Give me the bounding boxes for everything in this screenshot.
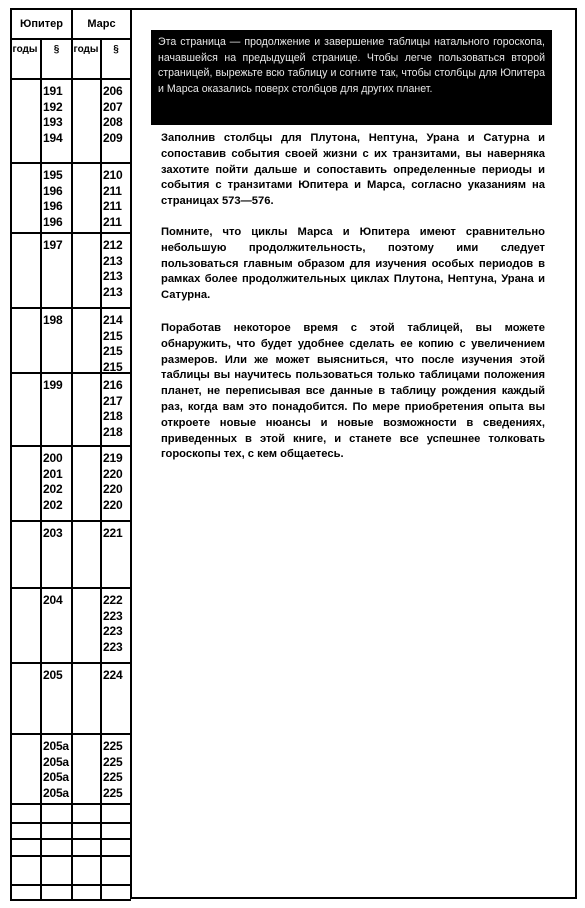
- mars-section-cell: 206 207 208 209: [103, 84, 130, 146]
- table-row-group: 200 201 202 202219 220 220 220: [10, 445, 131, 520]
- table-row-group: [10, 822, 131, 838]
- jupiter-section-cell: 205a 205a 205a 205a: [43, 739, 71, 801]
- book-page: Юпитер Марс годы § годы § 191 192 193 19…: [0, 0, 585, 908]
- mars-section-cell: 212 213 213 213: [103, 238, 130, 300]
- table-row-group: [10, 838, 131, 855]
- mars-section-cell: 222 223 223 223: [103, 593, 130, 655]
- table-row-group: 191 192 193 194206 207 208 209: [10, 78, 131, 162]
- paragraph-cycles: Помните, что циклы Марса и Юпитера имеют…: [161, 225, 545, 304]
- mars-section-cell: 225 225 225 225: [103, 739, 130, 801]
- instructions-panel: Эта страница — продолжение и завершение …: [131, 8, 577, 899]
- table-row-group: 204222 223 223 223: [10, 587, 131, 662]
- subheader-mars-years: годы: [72, 44, 100, 55]
- table-row-group: [10, 884, 131, 899]
- table-hline: [10, 899, 131, 901]
- mars-section-cell: 216 217 218 218: [103, 378, 130, 440]
- subheader-jupiter-years: годы: [10, 44, 40, 55]
- table-hline: [10, 38, 131, 40]
- mars-section-cell: 224: [103, 668, 130, 684]
- jupiter-section-cell: 195 196 196 196: [43, 168, 71, 230]
- paragraph-experience: Поработав некоторое время с этой таблице…: [161, 321, 545, 463]
- table-row-group: [10, 803, 131, 822]
- subheader-jupiter-section: §: [42, 44, 71, 55]
- jupiter-section-cell: 200 201 202 202: [43, 451, 71, 513]
- table-row-group: 205224: [10, 662, 131, 733]
- highlight-note: Эта страница — продолжение и завершение …: [151, 30, 552, 125]
- paragraph-fill-columns: Заполнив столбцы для Плутона, Нептуна, У…: [161, 131, 545, 210]
- table-row-group: [10, 855, 131, 884]
- mars-section-cell: 210 211 211 211: [103, 168, 130, 230]
- table-row-group: 203221: [10, 520, 131, 587]
- planet-transit-table: Юпитер Марс годы § годы § 191 192 193 19…: [10, 8, 131, 899]
- header-mars: Марс: [73, 10, 130, 38]
- table-row-group: 198214 215 215 215: [10, 307, 131, 372]
- table-row-group: 197212 213 213 213: [10, 232, 131, 307]
- subheader-mars-section: §: [102, 44, 130, 55]
- jupiter-section-cell: 197: [43, 238, 71, 254]
- mars-section-cell: 214 215 215 215: [103, 313, 130, 375]
- header-jupiter: Юпитер: [12, 10, 71, 38]
- jupiter-section-cell: 191 192 193 194: [43, 84, 71, 146]
- mars-section-cell: 219 220 220 220: [103, 451, 130, 513]
- table-row-group: 199216 217 218 218: [10, 372, 131, 445]
- table-row-group: 205a 205a 205a 205a225 225 225 225: [10, 733, 131, 803]
- jupiter-section-cell: 199: [43, 378, 71, 394]
- jupiter-section-cell: 205: [43, 668, 71, 684]
- jupiter-section-cell: 198: [43, 313, 71, 329]
- jupiter-section-cell: 203: [43, 526, 71, 542]
- table-row-group: 195 196 196 196210 211 211 211: [10, 162, 131, 232]
- jupiter-section-cell: 204: [43, 593, 71, 609]
- mars-section-cell: 221: [103, 526, 130, 542]
